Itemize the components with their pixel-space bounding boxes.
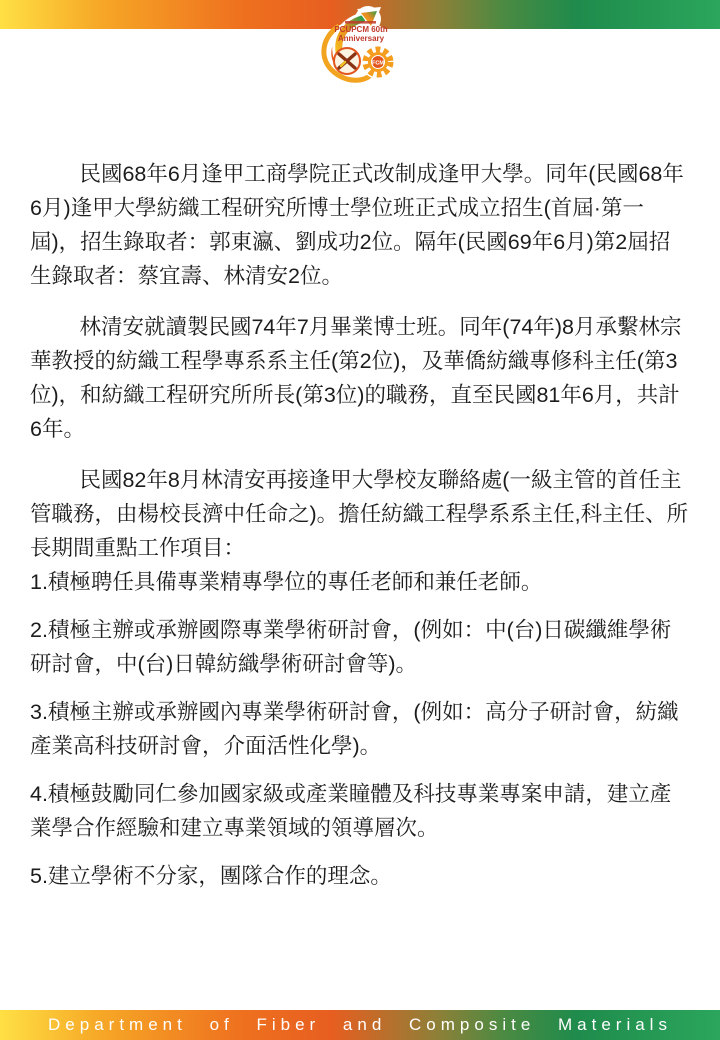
footer-gradient-band: Department of Fiber and Composite Materi…	[0, 1010, 720, 1040]
micro-text-line	[345, 21, 376, 24]
list-item: 5.建立學術不分家，團隊合作的理念。	[30, 859, 690, 893]
document-body: 民國68年6月逢甲工商學院正式改制成逢甲大學。同年(民國68年6月)逢甲大學紡織…	[30, 157, 690, 893]
paragraph-history: 民國68年6月逢甲工商學院正式改制成逢甲大學。同年(民國68年6月)逢甲大學紡織…	[30, 157, 690, 293]
paragraph-duties: 民國82年8月林清安再接逢甲大學校友聯絡處(一級主管的首任主管職務，由楊校長濟中…	[30, 463, 690, 565]
list-item: 4.積極鼓勵同仁參加國家級或產業瞳體及科技專業專案申請，建立產業學合作經驗和建立…	[30, 777, 690, 845]
globe-icon	[334, 48, 360, 74]
paragraph-career: 林清安就讀製民國74年7月畢業博士班。同年(74年)8月承繫林宗華教授的紡織工程…	[30, 310, 690, 446]
badge-title: PCUPCM 60th	[334, 25, 387, 34]
gear-label: FCM	[372, 61, 384, 67]
list-item: 3.積極主辦或承辦國內專業學術研討會，(例如：高分子研討會，紡織產業高科技研討會…	[30, 695, 690, 763]
list-item: 2.積極主辦或承辦國際專業學術研討會，(例如：中(台)日碳纖維學術研討會，中(台…	[30, 613, 690, 681]
anniversary-logo: PCUPCM 60th Anniversary FCM	[314, 5, 406, 91]
gear-icon: FCM	[361, 45, 395, 79]
list-item: 1.積極聘任具備專業精專學位的專任老師和兼任老師。	[30, 565, 690, 599]
footer-department-label: Department of Fiber and Composite Materi…	[48, 1015, 672, 1035]
badge-subtitle: Anniversary	[338, 34, 385, 43]
